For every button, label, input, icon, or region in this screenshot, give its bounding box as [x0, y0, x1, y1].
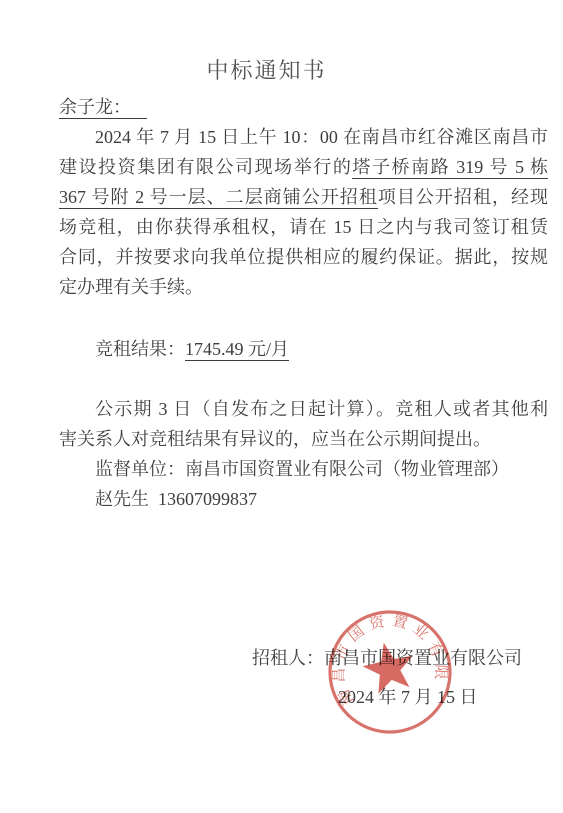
paragraph-notice: 公示期 3 日（自发布之日起计算）。竞租人或者其他利害关系人对竞租结果有异议的，…: [59, 394, 548, 454]
text-line: 场竞租，由你获得承租权，请在 15 日之内与我司签订租赁: [59, 212, 548, 242]
signature-company: 南昌市国资置业有限公司: [324, 648, 522, 668]
text-segment: 场竞租，由你获得承租权，请在 15 日之内与我司签订租赁: [59, 217, 548, 237]
recipient-line: 余子龙：: [59, 92, 548, 122]
text-line: 合同，并按要求向我单位提供相应的履约保证。据此，按规: [59, 242, 548, 272]
text-line: 建设投资集团有限公司现场举行的塔子桥南路 319 号 5 栋: [59, 152, 548, 182]
document-body: 余子龙： 2024 年 7 月 15 日上午 10：00 在南昌市红谷滩区南昌市…: [59, 92, 548, 712]
signature-label: 招租人：: [252, 648, 324, 668]
text-line: 367 号附 2 号一层、二层商铺公开招租项目公开招租，经现: [59, 182, 548, 212]
text-line: 2024 年 7 月 15 日上午 10：00 在南昌市红谷滩区南昌市: [59, 122, 548, 152]
text-segment: 2024 年 7 月 15 日上午 10：00 在南昌市红谷滩区南昌市: [95, 127, 548, 147]
text-segment: 项目公开招租，经现: [378, 187, 548, 207]
signature-line: 招租人：南昌市国资置业有限公司: [59, 643, 548, 673]
text-segment: 合同，并按要求向我单位提供相应的履约保证。据此，按规: [59, 247, 548, 267]
underlined-text: 367 号附 2 号一层、二层商铺公开招租: [59, 187, 378, 209]
text-line: 害关系人对竞租结果有异议的，应当在公示期间提出。: [59, 424, 548, 454]
contact-line: 赵先生 13607099837: [59, 484, 548, 514]
date-line: 2024 年 7 月 15 日: [59, 682, 548, 712]
result-value: 1745.49 元/月: [185, 339, 289, 361]
result-line: 竞租结果：1745.49 元/月: [59, 334, 548, 364]
recipient-name: 余子龙：: [59, 97, 147, 119]
document-title: 中标通知书: [0, 0, 563, 85]
text-segment: 定办理有关手续。: [59, 277, 203, 297]
supervisor-line: 监督单位：南昌市国资置业有限公司（物业管理部）: [59, 454, 548, 484]
paragraph-main: 2024 年 7 月 15 日上午 10：00 在南昌市红谷滩区南昌市建设投资集…: [59, 122, 548, 302]
text-line: 定办理有关手续。: [59, 272, 548, 302]
text-segment: 公示期 3 日（自发布之日起计算）。竞租人或者其他利: [95, 399, 548, 419]
result-label: 竞租结果：: [95, 339, 185, 359]
underlined-text: 塔子桥南路 319 号 5 栋: [352, 157, 548, 179]
text-segment: 害关系人对竞租结果有异议的，应当在公示期间提出。: [59, 429, 491, 449]
document-page: 中标通知书 余子龙： 2024 年 7 月 15 日上午 10：00 在南昌市红…: [0, 0, 563, 813]
text-segment: 建设投资集团有限公司现场举行的: [59, 157, 352, 177]
text-line: 公示期 3 日（自发布之日起计算）。竞租人或者其他利: [59, 394, 548, 424]
